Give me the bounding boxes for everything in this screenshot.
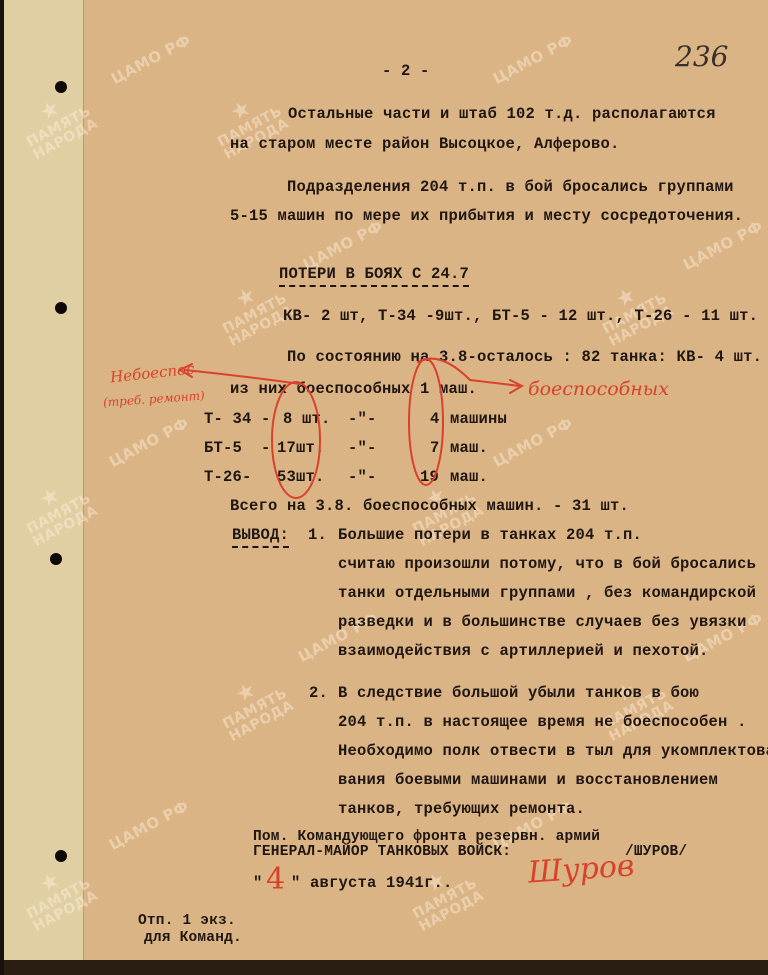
date-rest: " августа 1941г.. <box>291 874 453 892</box>
page-bottom-edge <box>4 960 768 975</box>
archive-page-number: 236 <box>675 40 728 73</box>
copy-note-recipient: для Команд. <box>144 930 242 946</box>
conclusion-line: 204 т.п. в настоящее время не боеспособе… <box>338 713 747 731</box>
losses-heading: ПОТЕРИ В БОЯХ С 24.7 <box>279 265 469 287</box>
signatory-position: Пом. Командующего фронта резервн. армий <box>253 829 600 845</box>
conclusion-line: считаю произошли потому, что в бой броса… <box>338 555 756 573</box>
paragraph-line: на старом месте район Высоцкое, Алферово… <box>230 135 620 153</box>
ready-count: 19 <box>420 468 439 486</box>
conclusion-label: ВЫВОД: <box>232 526 289 548</box>
conclusion-line: танки отдельными группами , без командир… <box>338 584 756 602</box>
conclusion-line: вания боевыми машинами и восстановлением <box>338 771 718 789</box>
conclusion-line: В следствие большой убыли танков в бою <box>338 684 699 702</box>
signatory-rank: ГЕНЕРАЛ-МАЙОР ТАНКОВЫХ ВОЙСК: <box>253 844 511 860</box>
tank-type: Т- 34 - <box>204 410 271 428</box>
conclusion-line: танков, требующих ремонта. <box>338 800 585 818</box>
binding-margin-strip <box>4 0 86 975</box>
status-line: По состоянию на 3.8-осталось : 82 танка:… <box>287 348 762 366</box>
signatory-name: /ШУРОВ/ <box>625 844 687 860</box>
conclusion-line: взаимодействия с артиллерией и пехотой. <box>338 642 709 660</box>
conclusion-item-number: 2. <box>309 684 328 702</box>
tank-count: 53шт. <box>277 468 325 486</box>
ready-count: 4 <box>430 410 440 428</box>
losses-line: КВ- 2 шт, Т-34 -9шт., БТ-5 - 12 шт., Т-2… <box>283 307 758 325</box>
punch-hole <box>50 553 62 565</box>
tank-type: Т-26- <box>204 468 271 486</box>
ditto-mark: -"- <box>348 468 377 486</box>
tank-count: 17шт. <box>277 439 325 457</box>
ready-unit: маш. <box>450 439 488 457</box>
handwritten-signature: Шуров <box>527 848 636 890</box>
ditto-mark: -"- <box>348 439 377 457</box>
ready-count: 7 <box>430 439 440 457</box>
annotation-combat-ready: боеспособных <box>528 378 669 400</box>
ready-unit: машины <box>450 410 507 428</box>
paragraph-line: Остальные части и штаб 102 т.д. располаг… <box>288 105 716 123</box>
ditto-mark: -"- <box>348 410 377 428</box>
combat-ready-line: из них боеспособных 1 маш. <box>230 380 477 398</box>
copy-note: Отп. 1 экз. <box>138 913 236 929</box>
punch-hole <box>55 81 67 93</box>
tank-count: 8 шт. <box>283 410 331 428</box>
date-open-quote: " <box>253 874 263 892</box>
page-marker: - 2 - <box>382 62 430 80</box>
conclusion-line: разведки и в большинстве случаев без увя… <box>338 613 747 631</box>
date-day-handwritten: 4 <box>266 862 285 897</box>
total-line: Всего на 3.8. боеспособных машин. - 31 ш… <box>230 497 629 515</box>
paragraph-line: 5-15 машин по мере их прибытия и месту с… <box>230 207 743 225</box>
conclusion-line: Необходимо полк отвести в тыл для укомпл… <box>338 742 768 760</box>
ready-unit: маш. <box>450 468 488 486</box>
punch-hole <box>55 850 67 862</box>
conclusion-item-number: 1. <box>308 526 327 544</box>
tank-type: БТ-5 - <box>204 439 271 457</box>
punch-hole <box>55 302 67 314</box>
paragraph-line: Подразделения 204 т.п. в бой бросались г… <box>287 178 734 196</box>
conclusion-line: Большие потери в танках 204 т.п. <box>338 526 642 544</box>
